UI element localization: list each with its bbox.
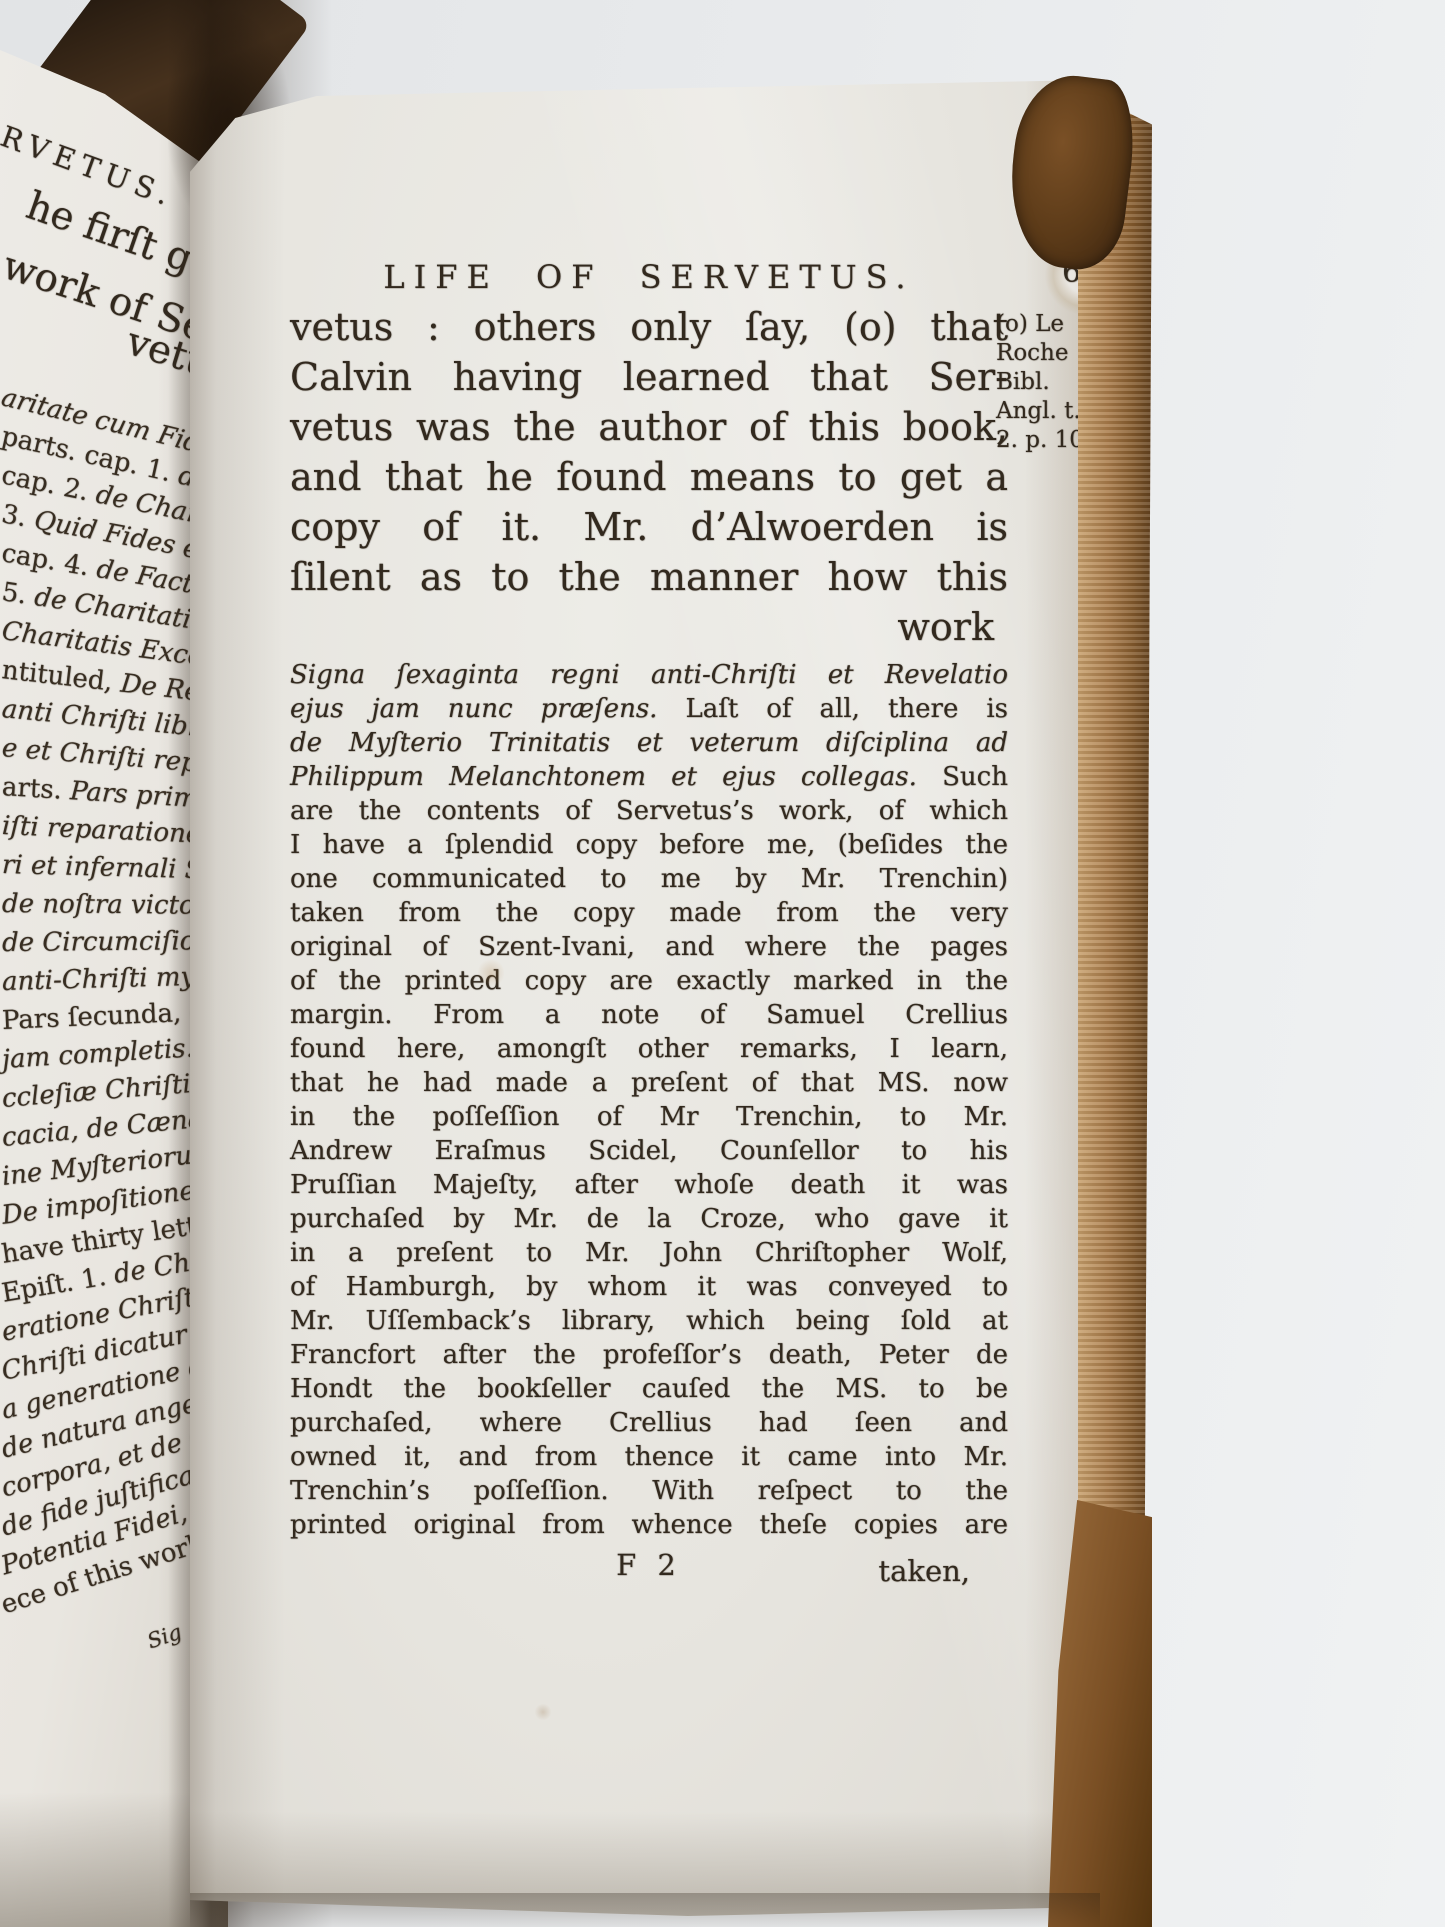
footnote-line: of the printed copy are exactly marked i… xyxy=(290,964,1008,998)
footnote-block: Signa ſexaginta regni anti-Chriſti et Re… xyxy=(290,658,1008,1542)
body-line: copy of it. Mr. d’Alwoerden is xyxy=(290,502,1008,552)
footnote-line: found here, amongſt other remarks, I lea… xyxy=(290,1032,1008,1066)
bottom-page-shadow xyxy=(190,1893,1100,1927)
footnote-line: are the contents of Servetus’s work, of … xyxy=(290,794,1008,828)
footnote-lines: Signa ſexaginta regni anti-Chriſti et Re… xyxy=(290,658,1008,1542)
running-head: LIFE OF SERVETUS. xyxy=(290,258,1008,296)
catchword: taken, xyxy=(878,1554,970,1588)
left-page-fragment-line: Sig xyxy=(144,1620,184,1654)
body-line: vetus was the author of this book, xyxy=(290,402,1008,452)
footnote-line: Signa ſexaginta regni anti-Chriſti et Re… xyxy=(290,658,1008,692)
footnote-line: in the poſſeſſion of Mr Trenchin, to Mr. xyxy=(290,1100,1008,1134)
footnote-line: Trenchin’s poſſeſſion. With reſpect to t… xyxy=(290,1474,1008,1508)
footnote-line: in a preſent to Mr. John Chriſtopher Wol… xyxy=(290,1236,1008,1270)
footnote-line: ejus jam nunc præſens. Laſt of all, ther… xyxy=(290,692,1008,726)
body-line: ſilent as to the manner how this xyxy=(290,552,1008,602)
left-running-head-fragment: RVETUS. xyxy=(0,119,180,214)
footnote-line: purchaſed, where Crellius had ſeen and xyxy=(290,1406,1008,1440)
footnote-line: purchaſed by Mr. de la Croze, who gave i… xyxy=(290,1202,1008,1236)
footnote-line: Pruſſian Majeſty, after whoſe death it w… xyxy=(290,1168,1008,1202)
body-paragraph: vetus : others only ſay, (o) thatCalvin … xyxy=(290,302,1008,652)
footnote-line: one communicated to me by Mr. Trenchin) xyxy=(290,862,1008,896)
paper-stain xyxy=(478,958,504,988)
footnote-line: Hondt the bookſeller cauſed the MS. to b… xyxy=(290,1372,1008,1406)
body-line: and that he found means to get a xyxy=(290,452,1008,502)
body-line: Calvin having learned that Ser- xyxy=(290,352,1008,402)
page-bottom-row: F 2 taken, xyxy=(290,1548,1008,1592)
footnote-line: Andrew Eraſmus Scidel, Counſellor to his xyxy=(290,1134,1008,1168)
footnote-line: printed original from whence theſe copie… xyxy=(290,1508,1008,1542)
footnote-line: owned it, and from thence it came into M… xyxy=(290,1440,1008,1474)
footnote-line: Francfort after the profeſſor’s death, P… xyxy=(290,1338,1008,1372)
footnote-line: I have a ſplendid copy before me, (beſid… xyxy=(290,828,1008,862)
footnote-line: that he had made a preſent of that MS. n… xyxy=(290,1066,1008,1100)
right-page: LIFE OF SERVETUS. 67 vetus : others only… xyxy=(190,0,1095,1927)
footnote-line: Philippum Melanchtonem et ejus collegas.… xyxy=(290,760,1008,794)
book-photo: RVETUS. he firſt got awork of Ser-vetus … xyxy=(0,0,1445,1927)
footnote-line: margin. From a note of Samuel Crellius xyxy=(290,998,1008,1032)
body-line: vetus : others only ſay, (o) that xyxy=(290,302,1008,352)
body-lines: vetus : others only ſay, (o) thatCalvin … xyxy=(290,302,1008,602)
paper-stain xyxy=(534,1704,552,1720)
footnote-line: de Myſterio Trinitatis et veterum diſcip… xyxy=(290,726,1008,760)
footnote-line: of Hamburgh, by whom it was conveyed to xyxy=(290,1270,1008,1304)
footnote-line: taken from the copy made from the very xyxy=(290,896,1008,930)
footnote-line: Mr. Uſſemback’s library, which being ſol… xyxy=(290,1304,1008,1338)
body-catchline: work xyxy=(290,602,1008,652)
footnote-line: original of Szent-Ivani, and where the p… xyxy=(290,930,1008,964)
